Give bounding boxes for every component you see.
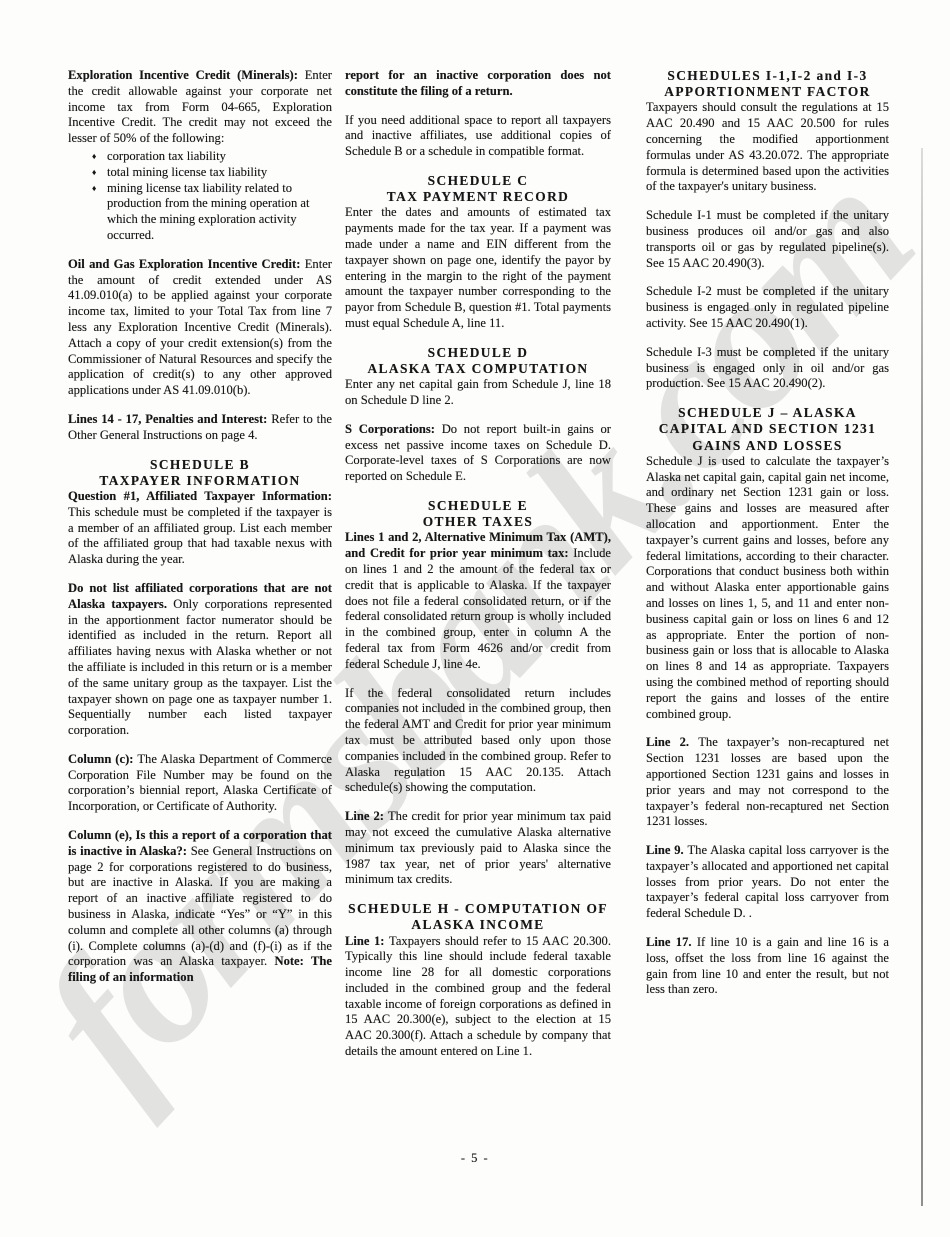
paragraph: Schedule J is used to calculate the taxp… [646, 454, 889, 723]
text-segment: Schedule I-3 must be completed if the un… [646, 345, 889, 391]
section-heading: SCHEDULE J – ALASKACAPITAL AND SECTION 1… [646, 405, 889, 454]
text-segment: Lines 14 - 17, Penalties and Interest: [68, 412, 271, 426]
text-segment: Line 9. [646, 843, 687, 857]
paragraph: Line 2. The taxpayer’s non-recaptured ne… [646, 735, 889, 830]
heading-line: CAPITAL AND SECTION 1231 [646, 421, 889, 437]
bullet-item: ♦total mining license tax liability [68, 165, 332, 181]
section-heading: SCHEDULE CTAX PAYMENT RECORD [345, 173, 611, 205]
section-heading: SCHEDULE DALASKA TAX COMPUTATION [345, 345, 611, 377]
bullet-list: ♦corporation tax liability♦total mining … [68, 149, 332, 244]
text-segment: If the federal consolidated return inclu… [345, 686, 611, 795]
heading-line: OTHER TAXES [345, 514, 611, 530]
heading-line: TAX PAYMENT RECORD [345, 189, 611, 205]
paragraph: Question #1, Affiliated Taxpayer Informa… [68, 489, 332, 568]
paragraph: If the federal consolidated return inclu… [345, 686, 611, 797]
heading-line: APPORTIONMENT FACTOR [646, 84, 889, 100]
text-segment: Question #1, Affiliated Taxpayer Informa… [68, 489, 332, 503]
paragraph: report for an inactive corporation does … [345, 68, 611, 100]
paragraph: Taxpayers should consult the regulations… [646, 100, 889, 195]
text-segment: S Corporations: [345, 422, 442, 436]
heading-line: SCHEDULE H - COMPUTATION OF [345, 901, 611, 917]
section-heading: SCHEDULES I-1,I-2 and I-3APPORTIONMENT F… [646, 68, 889, 100]
paragraph: Schedule I-1 must be completed if the un… [646, 208, 889, 271]
paragraph: Enter the dates and amounts of estimated… [345, 205, 611, 331]
bullet-item-text: corporation tax liability [107, 149, 332, 165]
bullet-icon: ♦ [92, 181, 107, 244]
paragraph: S Corporations: Do not report built-in g… [345, 422, 611, 485]
heading-line: ALASKA TAX COMPUTATION [345, 361, 611, 377]
text-segment: See General Instructions on page 2 for c… [68, 844, 332, 969]
column-1: Exploration Incentive Credit (Minerals):… [68, 68, 332, 999]
bullet-icon: ♦ [92, 165, 107, 181]
paragraph: Line 17. If line 10 is a gain and line 1… [646, 935, 889, 998]
paragraph: Do not list affiliated corporations that… [68, 581, 332, 739]
paragraph: Schedule I-2 must be completed if the un… [646, 284, 889, 331]
text-segment: Taxpayers should consult the regulations… [646, 100, 889, 193]
heading-line: SCHEDULES I-1,I-2 and I-3 [646, 68, 889, 84]
paragraph: Line 2: The credit for prior year minimu… [345, 809, 611, 888]
bullet-item-text: mining license tax liability related to … [107, 181, 332, 244]
text-segment: Enter the amount of credit extended unde… [68, 257, 332, 397]
scan-artifact-line [921, 148, 923, 1206]
heading-line: TAXPAYER INFORMATION [68, 473, 332, 489]
text-segment: Enter the dates and amounts of estimated… [345, 205, 611, 330]
text-segment: Column (c): [68, 752, 137, 766]
section-heading: SCHEDULE BTAXPAYER INFORMATION [68, 457, 332, 489]
bullet-item: ♦corporation tax liability [68, 149, 332, 165]
text-segment: Taxpayers should refer to 15 AAC 20.300.… [345, 934, 611, 1059]
text-segment: This schedule must be completed if the t… [68, 505, 332, 566]
text-segment: Schedule I-2 must be completed if the un… [646, 284, 889, 330]
text-segment: Schedule I-1 must be completed if the un… [646, 208, 889, 269]
text-segment: Line 2: [345, 809, 388, 823]
text-segment: Exploration Incentive Credit (Minerals): [68, 68, 305, 82]
text-segment: Enter any net capital gain from Schedule… [345, 377, 611, 407]
heading-line: ALASKA INCOME [345, 917, 611, 933]
bullet-item-text: total mining license tax liability [107, 165, 332, 181]
paragraph: Line 1: Taxpayers should refer to 15 AAC… [345, 934, 611, 1060]
heading-line: SCHEDULE E [345, 498, 611, 514]
paragraph: Enter any net capital gain from Schedule… [345, 377, 611, 409]
text-segment: Lines 1 and 2, Alternative Minimum Tax (… [345, 530, 611, 560]
paragraph: Schedule I-3 must be completed if the un… [646, 345, 889, 392]
column-2: report for an inactive corporation does … [345, 68, 611, 1073]
paragraph: Oil and Gas Exploration Incentive Credit… [68, 257, 332, 399]
bullet-item: ♦mining license tax liability related to… [68, 181, 332, 244]
heading-line: SCHEDULE J – ALASKA [646, 405, 889, 421]
text-segment: Oil and Gas Exploration Incentive Credit… [68, 257, 305, 271]
text-segment: If you need additional space to report a… [345, 113, 611, 159]
paragraph: Lines 14 - 17, Penalties and Interest: R… [68, 412, 332, 444]
heading-line: SCHEDULE B [68, 457, 332, 473]
column-3: SCHEDULES I-1,I-2 and I-3APPORTIONMENT F… [646, 68, 889, 1011]
bullet-icon: ♦ [92, 149, 107, 165]
section-heading: SCHEDULE H - COMPUTATION OFALASKA INCOME [345, 901, 611, 933]
paragraph: Column (c): The Alaska Department of Com… [68, 752, 332, 815]
text-segment: Line 2. [646, 735, 698, 749]
heading-line: GAINS AND LOSSES [646, 438, 889, 454]
paragraph: If you need additional space to report a… [345, 113, 611, 160]
text-segment: report for an inactive corporation does … [345, 68, 611, 98]
text-segment: Line 1: [345, 934, 389, 948]
document-page: formsbank.com Exploration Incentive Cred… [0, 0, 950, 1237]
heading-line: SCHEDULE C [345, 173, 611, 189]
paragraph: Line 9. The Alaska capital loss carryove… [646, 843, 889, 922]
page-number: - 5 - [0, 1151, 950, 1166]
paragraph: Lines 1 and 2, Alternative Minimum Tax (… [345, 530, 611, 672]
text-segment: Schedule J is used to calculate the taxp… [646, 454, 889, 721]
section-heading: SCHEDULE EOTHER TAXES [345, 498, 611, 530]
text-segment: Only corporations represented in the app… [68, 597, 332, 737]
text-segment: Line 17. [646, 935, 697, 949]
paragraph: Column (e), Is this a report of a corpor… [68, 828, 332, 986]
paragraph: Exploration Incentive Credit (Minerals):… [68, 68, 332, 147]
text-segment: Include on lines 1 and 2 the amount of t… [345, 546, 611, 671]
heading-line: SCHEDULE D [345, 345, 611, 361]
